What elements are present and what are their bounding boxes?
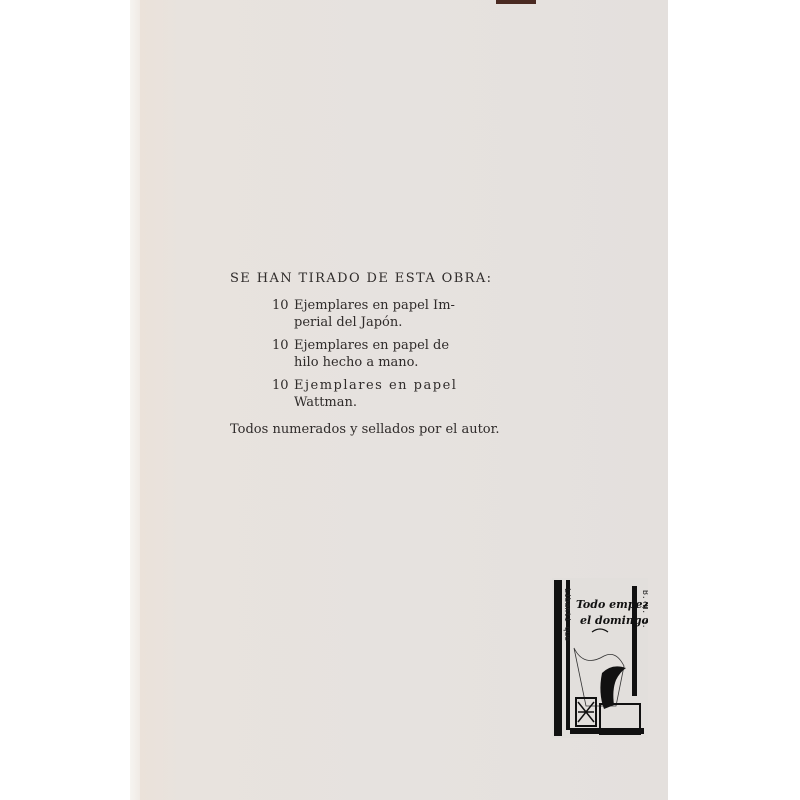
edition-entry: 10 Ejemplares en papel de hilo hecho a m… — [272, 337, 550, 371]
stamp-vertical-text-left: Libanti que — [563, 588, 572, 641]
edition-line: Wattman. — [294, 394, 457, 411]
edition-line: perial del Japón. — [294, 314, 455, 331]
book-page: SE HAN TIRADO DE ESTA OBRA: 10 Ejemplare… — [140, 0, 668, 800]
stamp-title-line1: Todo empezó — [576, 598, 648, 611]
stamp-illustration: Libanti que B. H. S. Todo empezó el domi… — [552, 578, 648, 738]
author-stamp-image: Libanti que B. H. S. Todo empezó el domi… — [552, 578, 648, 738]
edition-line: Ejemplares en papel Im- — [294, 297, 455, 314]
edition-entry: 10 Ejemplares en papel Wattman. — [272, 377, 550, 411]
edition-line: Ejemplares en papel de — [294, 337, 449, 354]
notice-footer: Todos numerados y sellados por el autor. — [230, 421, 550, 438]
limitation-notice: SE HAN TIRADO DE ESTA OBRA: 10 Ejemplare… — [230, 270, 550, 438]
edition-line: Ejemplares en papel — [294, 377, 457, 394]
stamp-title-line2: el domingo — [580, 614, 648, 627]
edition-count: 10 — [272, 297, 294, 331]
edition-entry: 10 Ejemplares en papel Im- perial del Ja… — [272, 297, 550, 331]
edition-line: hilo hecho a mano. — [294, 354, 449, 371]
edition-count: 10 — [272, 337, 294, 371]
cover-edge — [496, 0, 536, 4]
notice-heading: SE HAN TIRADO DE ESTA OBRA: — [230, 270, 550, 287]
edition-count: 10 — [272, 377, 294, 411]
